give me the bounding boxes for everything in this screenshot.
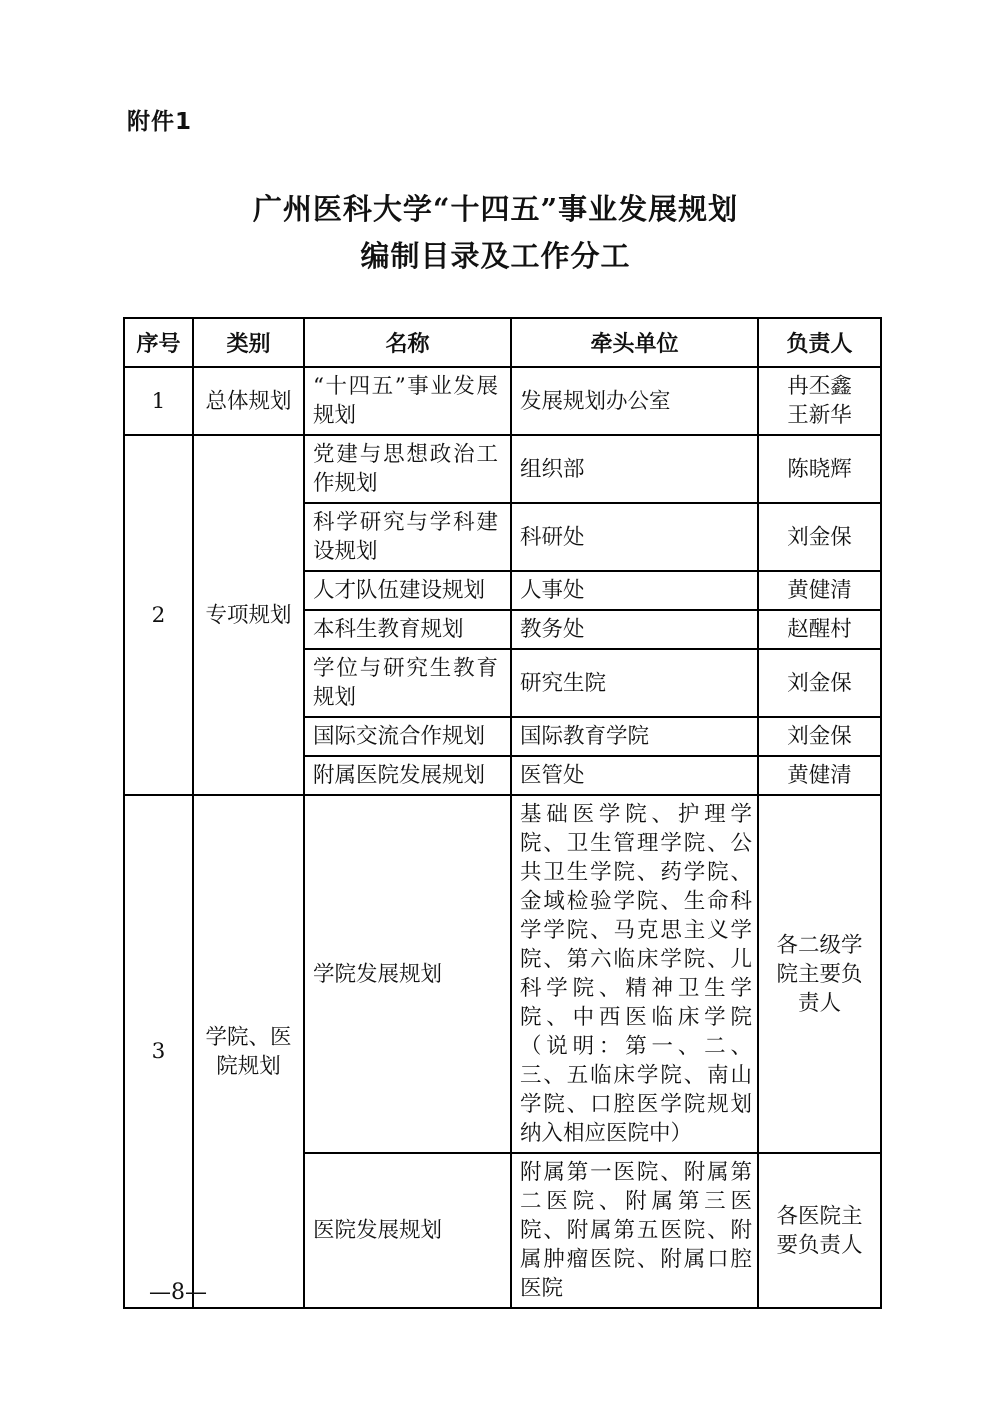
row-number-cell: 2: [124, 435, 193, 795]
lead-unit-cell: 基础医学院、护理学院、卫生管理学院、公共卫生学院、药学院、金域检验学院、生命科学…: [511, 795, 758, 1153]
header-person: 负责人: [758, 318, 881, 367]
plan-name-cell: 医院发展规划: [304, 1153, 511, 1308]
plan-table-body: 1总体规划“十四五”事业发展规划发展规划办公室冉丕鑫 王新华2专项规划党建与思想…: [124, 367, 881, 1308]
person-cell: 赵醒村: [758, 610, 881, 649]
lead-unit-cell: 国际教育学院: [511, 717, 758, 756]
category-cell: 学院、医院规划: [193, 795, 304, 1308]
row-number-cell: 1: [124, 367, 193, 435]
person-cell: 黄健清: [758, 571, 881, 610]
category-cell: 专项规划: [193, 435, 304, 795]
header-no: 序号: [124, 318, 193, 367]
header-row: 序号 类别 名称 牵头单位 负责人: [124, 318, 881, 367]
person-cell: 各二级学院主要负责人: [758, 795, 881, 1153]
lead-unit-cell: 附属第一医院、附属第二医院、附属第三医院、附属第五医院、附属肿瘤医院、附属口腔医…: [511, 1153, 758, 1308]
row-number-cell: 3: [124, 795, 193, 1308]
plan-table-head: 序号 类别 名称 牵头单位 负责人: [124, 318, 881, 367]
category-cell: 总体规划: [193, 367, 304, 435]
lead-unit-cell: 研究生院: [511, 649, 758, 717]
plan-table: 序号 类别 名称 牵头单位 负责人 1总体规划“十四五”事业发展规划发展规划办公…: [123, 317, 882, 1309]
person-cell: 各医院主要负责人: [758, 1153, 881, 1308]
header-name: 名称: [304, 318, 511, 367]
title-line-1: 广州医科大学“十四五”事业发展规划: [0, 186, 991, 233]
plan-name-cell: 人才队伍建设规划: [304, 571, 511, 610]
plan-name-cell: “十四五”事业发展规划: [304, 367, 511, 435]
lead-unit-cell: 组织部: [511, 435, 758, 503]
person-cell: 冉丕鑫 王新华: [758, 367, 881, 435]
plan-name-cell: 附属医院发展规划: [304, 756, 511, 795]
title-line-2: 编制目录及工作分工: [0, 233, 991, 280]
lead-unit-cell: 发展规划办公室: [511, 367, 758, 435]
document-title: 广州医科大学“十四五”事业发展规划 编制目录及工作分工: [0, 186, 991, 280]
table-row: 2专项规划党建与思想政治工作规划组织部陈晓辉: [124, 435, 881, 503]
lead-unit-cell: 医管处: [511, 756, 758, 795]
lead-unit-cell: 科研处: [511, 503, 758, 571]
person-cell: 刘金保: [758, 503, 881, 571]
plan-name-cell: 科学研究与学科建设规划: [304, 503, 511, 571]
document-page: 附件1 广州医科大学“十四五”事业发展规划 编制目录及工作分工 序号 类别 名称…: [0, 0, 991, 1403]
table-row: 1总体规划“十四五”事业发展规划发展规划办公室冉丕鑫 王新华: [124, 367, 881, 435]
plan-name-cell: 学位与研究生教育规划: [304, 649, 511, 717]
lead-unit-cell: 教务处: [511, 610, 758, 649]
plan-name-cell: 党建与思想政治工作规划: [304, 435, 511, 503]
lead-unit-cell: 人事处: [511, 571, 758, 610]
plan-name-cell: 本科生教育规划: [304, 610, 511, 649]
person-cell: 刘金保: [758, 717, 881, 756]
attachment-label: 附件1: [127, 103, 192, 136]
plan-name-cell: 学院发展规划: [304, 795, 511, 1153]
person-cell: 黄健清: [758, 756, 881, 795]
person-cell: 刘金保: [758, 649, 881, 717]
page-number: —8—: [149, 1280, 207, 1305]
plan-name-cell: 国际交流合作规划: [304, 717, 511, 756]
person-cell: 陈晓辉: [758, 435, 881, 503]
header-category: 类别: [193, 318, 304, 367]
header-lead-unit: 牵头单位: [511, 318, 758, 367]
table-row: 3学院、医院规划学院发展规划基础医学院、护理学院、卫生管理学院、公共卫生学院、药…: [124, 795, 881, 1153]
